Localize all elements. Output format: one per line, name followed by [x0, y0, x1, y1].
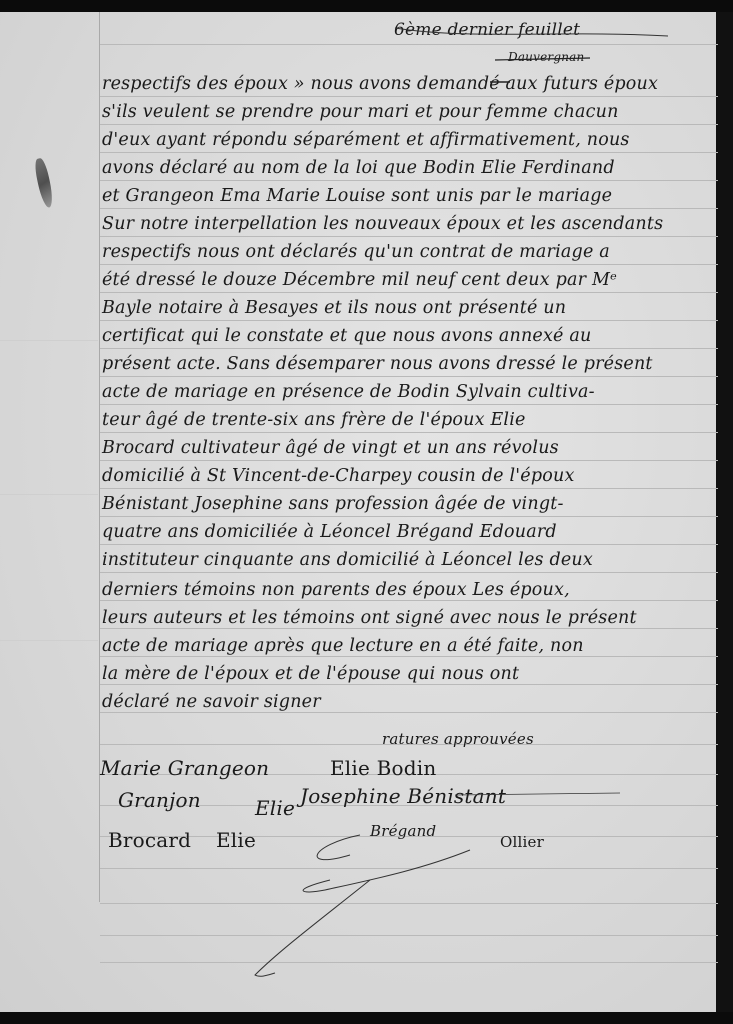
text-line: domicilié à St Vincent-de-Charpey cousin…	[102, 466, 575, 486]
text-line: avons déclaré au nom de la loi que Bodin…	[102, 158, 615, 178]
signature-bregand: Brégand	[370, 822, 436, 840]
margin-ruled-line	[0, 494, 98, 495]
text-line: été dressé le douze Décembre mil neuf ce…	[102, 270, 617, 290]
signature-elie-brocard: Elie	[216, 828, 256, 852]
ruled-line	[100, 544, 718, 545]
margin-ruled-line	[0, 340, 98, 341]
margin-ruled-line	[0, 640, 98, 641]
text-line: certificat qui le constate et que nous a…	[102, 326, 591, 346]
text-line: s'ils veulent se prendre pour mari et po…	[102, 102, 619, 122]
ruled-line	[100, 180, 718, 181]
ruled-line	[100, 264, 718, 265]
ruled-line	[100, 712, 718, 713]
ruled-line	[100, 868, 718, 869]
ruled-line	[100, 628, 718, 629]
ruled-line	[100, 516, 718, 517]
ruled-line	[100, 44, 718, 45]
text-line: acte de mariage après que lecture en a é…	[102, 636, 584, 656]
text-line: Bayle notaire à Besayes et ils nous ont …	[102, 298, 566, 318]
ruled-line	[100, 320, 718, 321]
ruled-line	[100, 376, 718, 377]
signature-granjon: Granjon	[118, 788, 201, 812]
signature-elie-bodin: Elie Bodin	[330, 756, 436, 780]
erasures-approved-note: ratures approuvées	[382, 730, 534, 748]
signature-brocard: Brocard	[108, 828, 191, 852]
text-line: quatre ans domiciliée à Léoncel Brégand …	[102, 522, 557, 542]
text-line: la mère de l'époux et de l'épouse qui no…	[102, 664, 519, 684]
ruled-line	[100, 292, 718, 293]
ruled-line	[100, 124, 718, 125]
ruled-line	[100, 684, 718, 685]
ruled-line	[100, 432, 718, 433]
ruled-line	[100, 962, 718, 963]
signature-marie-grangeon: Marie Grangeon	[100, 756, 269, 780]
ruled-line	[100, 903, 718, 904]
text-line: et Grangeon Ema Marie Louise sont unis p…	[102, 186, 612, 206]
ruled-line	[100, 460, 718, 461]
ruled-line	[100, 572, 718, 573]
text-line: respectifs des époux » nous avons demand…	[102, 74, 658, 94]
signature-ollier: Ollier	[500, 833, 544, 851]
ruled-line	[100, 348, 718, 349]
signature-elie-granjon: Elie	[255, 796, 295, 820]
text-line: Brocard cultivateur âgé de vingt et un a…	[102, 438, 559, 458]
signature-josephine-benistant: Josephine Bénistant	[300, 784, 506, 808]
ruled-line	[100, 404, 718, 405]
ruled-line	[100, 236, 718, 237]
text-line: présent acte. Sans désemparer nous avons…	[102, 354, 653, 374]
ruled-line	[100, 488, 718, 489]
text-line: d'eux ayant répondu séparément et affirm…	[102, 130, 630, 150]
ruled-line	[100, 600, 718, 601]
ruled-line	[100, 96, 718, 97]
text-line: Sur notre interpellation les nouveaux ép…	[102, 214, 663, 234]
ruled-line	[100, 656, 718, 657]
text-line: derniers témoins non parents des époux L…	[102, 580, 570, 600]
text-line: teur âgé de trente-six ans frère de l'ép…	[102, 410, 526, 430]
text-line: leurs auteurs et les témoins ont signé a…	[102, 608, 637, 628]
binding-shadow	[716, 12, 733, 1012]
page-header-note: 6ème dernier feuillet	[394, 20, 580, 40]
ruled-line	[100, 935, 718, 936]
text-line: acte de mariage en présence de Bodin Syl…	[102, 382, 595, 402]
text-line: déclaré ne savoir signer	[102, 692, 321, 712]
text-line: Bénistant Josephine sans profession âgée…	[102, 494, 564, 514]
ruled-line	[100, 208, 718, 209]
text-line: respectifs nous ont déclarés qu'un contr…	[102, 242, 610, 262]
text-line: instituteur cinquante ans domicilié à Lé…	[102, 550, 593, 570]
ruled-line	[100, 152, 718, 153]
interlinear-insertion: Dauvergnan	[508, 50, 584, 64]
